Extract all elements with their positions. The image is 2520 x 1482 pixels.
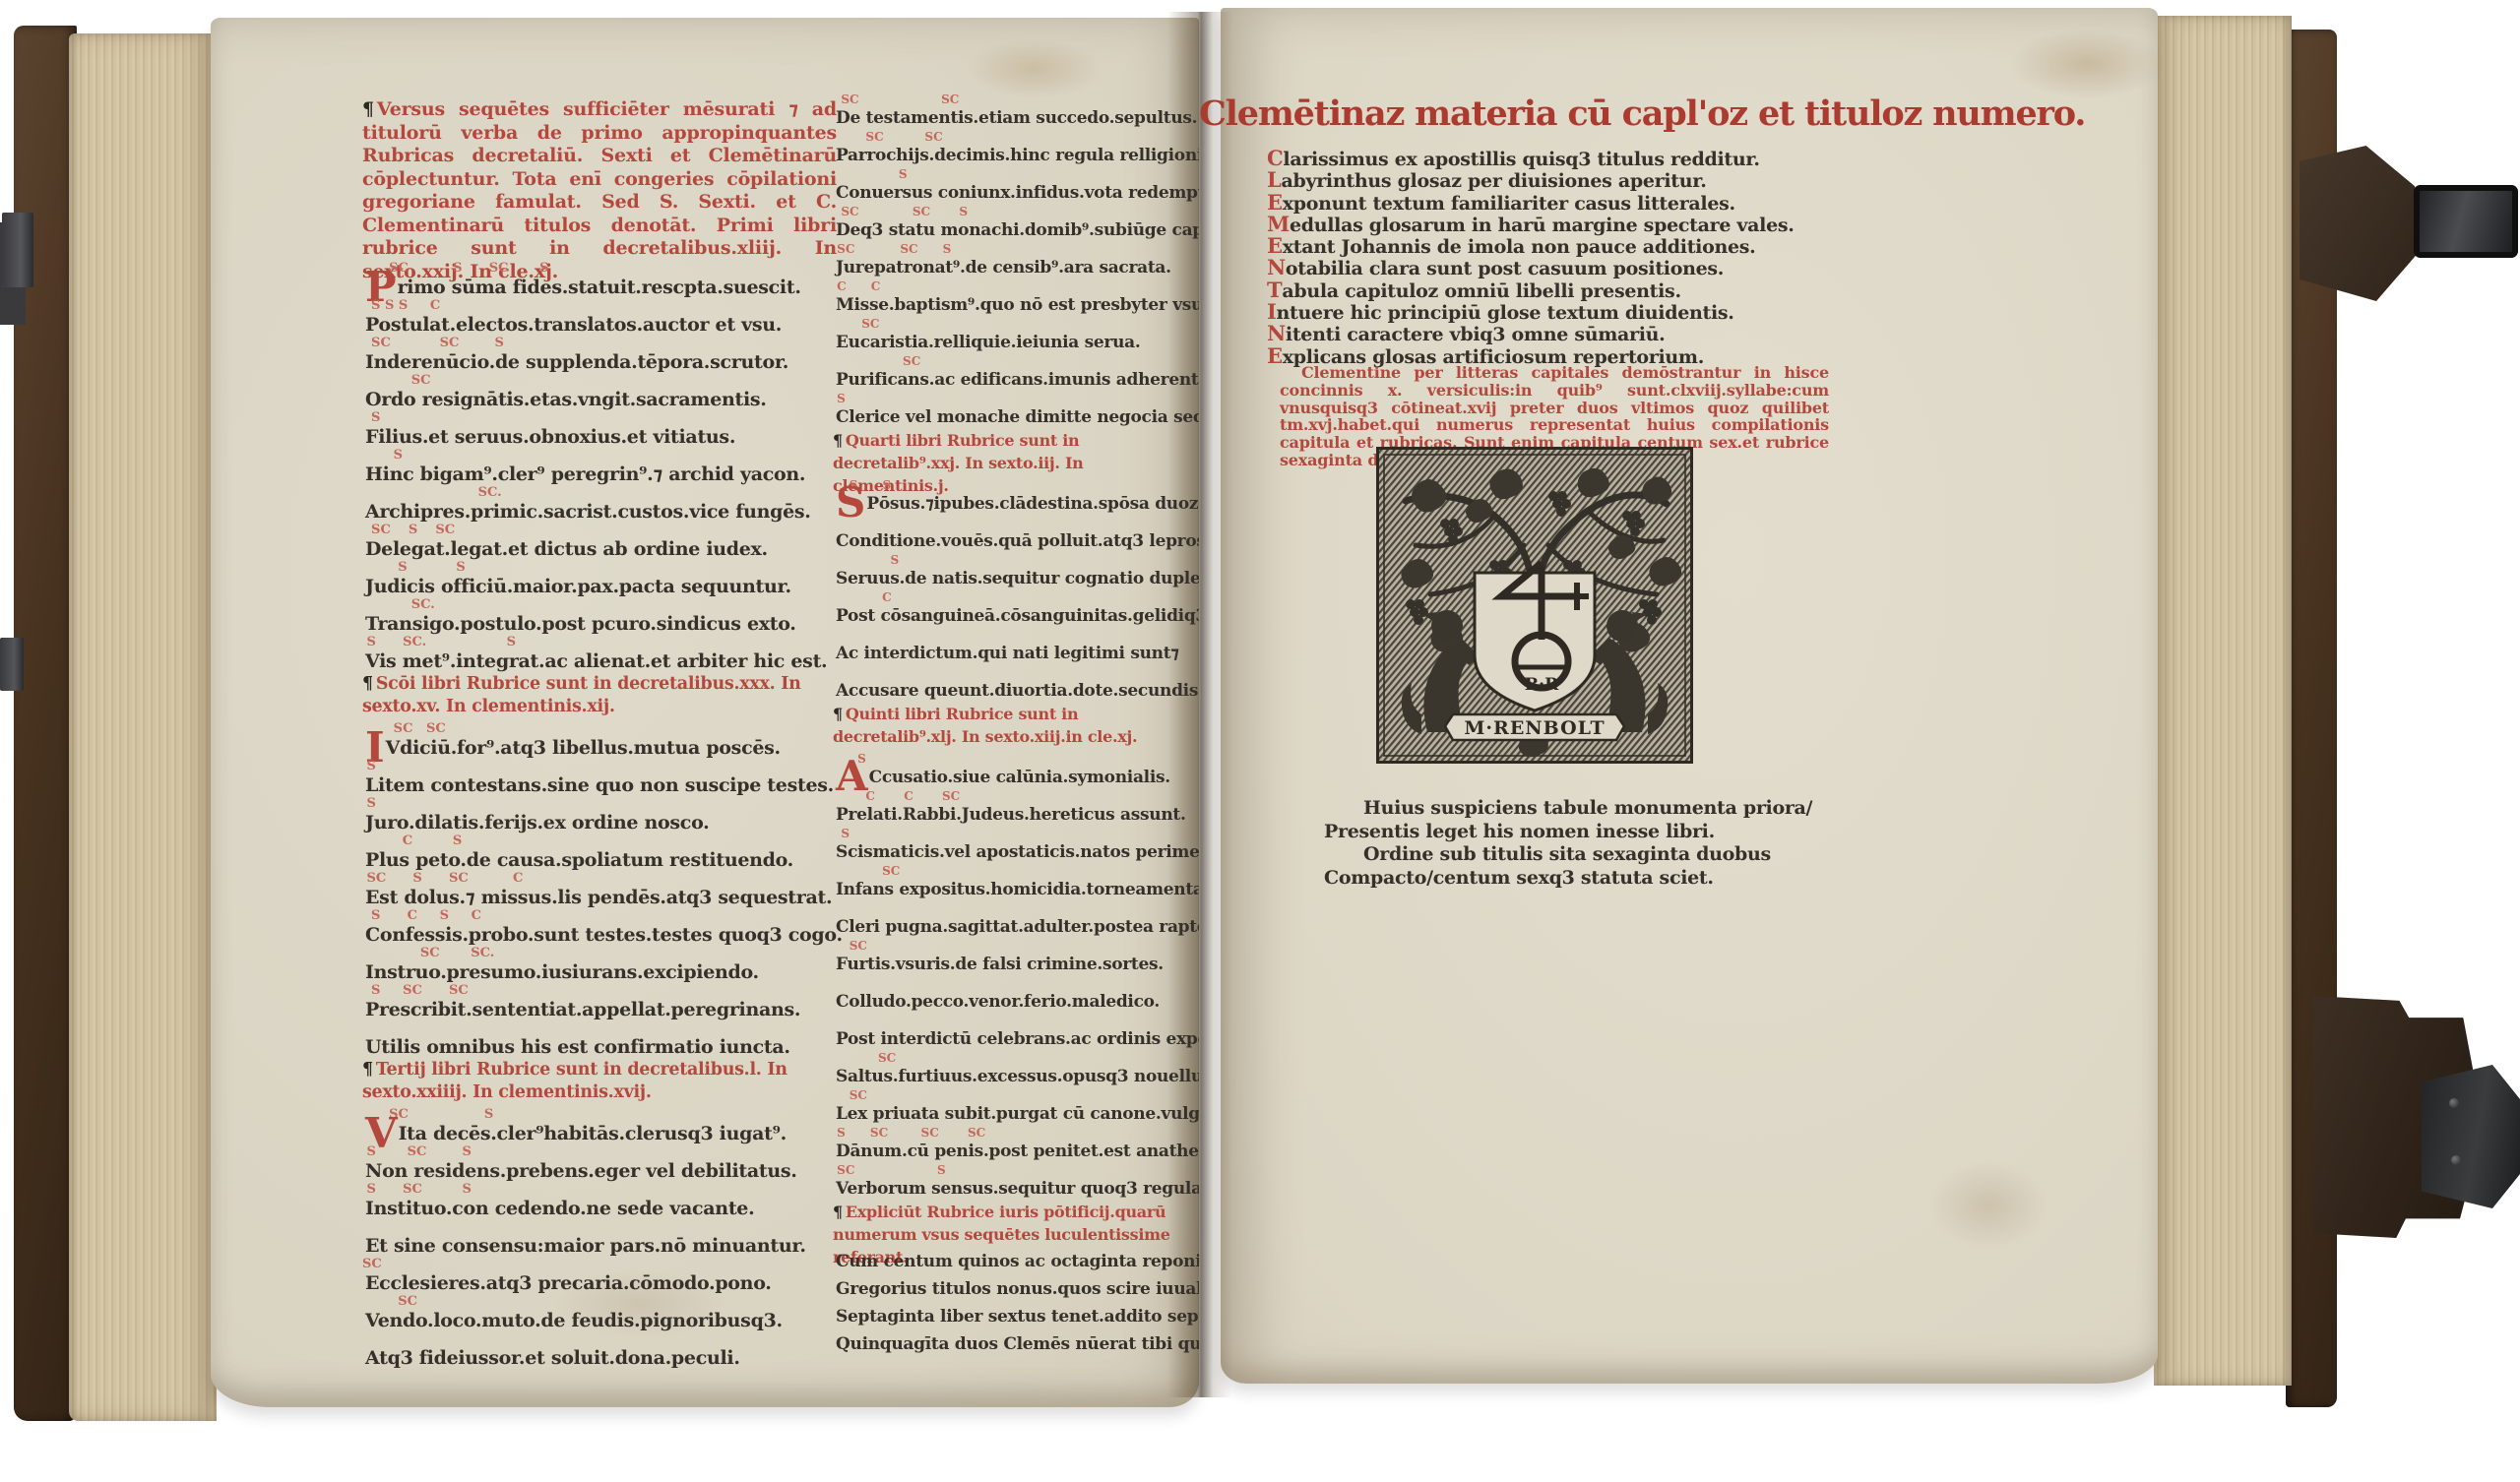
index-entry-line: SC S SC C Est dolus.⁊ missus.lis pendēs.… xyxy=(362,872,854,909)
gloss-sigla-marks: SC SC. xyxy=(362,947,854,960)
entry-text: Lex priuata subit.purgat cū canone.vulgu… xyxy=(836,1104,1199,1124)
gloss-sigla-marks: S S xyxy=(362,561,854,575)
entry-text: Transigo.postulo.post pcuro.sindicus ext… xyxy=(365,613,796,635)
rubricated-initial: I xyxy=(1267,299,1277,324)
gloss-sigla-marks: SC xyxy=(833,317,1199,331)
photograph-of-open-incunabulum: ¶Versus sequētes sufficiēter mēsurati ⁊ … xyxy=(0,0,2520,1482)
gloss-sigla-marks: S xyxy=(362,760,854,773)
gloss-sigla-marks: SC SC S xyxy=(362,337,854,350)
top-clasp-strap xyxy=(2299,146,2427,301)
entry-text: Pōsus.⁊ipubes.clādestina.spōsa duoz xyxy=(866,494,1198,514)
entry-text: Litem contestans.sine quo non suscipe te… xyxy=(365,774,834,796)
gloss-sigla-marks: SC S xyxy=(833,1163,1199,1177)
entry-text: Saltus.furtiuus.excessus.opusq3 nouellum… xyxy=(836,1067,1199,1086)
colophon-verse-line: Ordine sub titulis sita sexaginta duobus xyxy=(1324,843,1836,867)
index-entry-line: Cleri pugna.sagittat.adulter.postea rapt… xyxy=(833,901,1199,939)
entry-text: Juro.dilatis.ferijs.ex ordine nosco. xyxy=(365,812,709,834)
index-entry-line: Ac interdictum.qui nati legitimi sunt⁊ xyxy=(833,628,1199,665)
index-entry-line: SC SC S Deq3 statu monachi.domib⁹.subiūg… xyxy=(833,205,1199,242)
gloss-sigla-marks: SC xyxy=(362,1295,854,1309)
entry-text: Et sine consensu:maior pars.nō minuantur… xyxy=(365,1235,806,1257)
colophon-verse-line: Huius suspiciens tabule monumenta priora… xyxy=(1324,797,1836,821)
index-entry-line: ¶Quinti libri Rubrice sunt in decretalib… xyxy=(833,703,1199,752)
gloss-sigla-marks: S xyxy=(833,752,1199,766)
gloss-sigla-marks: C S xyxy=(362,834,854,848)
device-banner-text: M·RENBOLT xyxy=(1464,717,1605,739)
entry-text: Clerice vel monache dimitte negocia secl… xyxy=(836,407,1199,427)
entry-text: Ecclesieres.atq3 precaria.cōmodo.pono. xyxy=(365,1272,772,1294)
gloss-sigla-marks: S xyxy=(833,553,1199,567)
entry-text: Quinquagīta duos Clemēs nūerat tibi quīt… xyxy=(836,1334,1199,1354)
gloss-sigla-marks: SC SC xyxy=(833,93,1199,106)
gloss-sigla-marks: SC SC xyxy=(833,130,1199,144)
index-entry-line: SC Infans expositus.homicidia.torneament… xyxy=(833,864,1199,901)
index-entry-line: Colludo.pecco.venor.ferio.maledico. xyxy=(833,976,1199,1014)
index-entry-line: S S S C Postulat.electos.translatos.auct… xyxy=(362,299,854,337)
top-clasp-buckle xyxy=(2414,185,2518,258)
gloss-sigla-marks: SC. xyxy=(362,598,854,612)
gloss-sigla-marks: SC xyxy=(833,354,1199,368)
verse-text: larissimus ex apostillis quisq3 titulus … xyxy=(1283,149,1759,170)
index-entry-line: Gregorius titulos nonus.quos scire iuuab… xyxy=(833,1277,1199,1305)
entry-text: Delegat.legat.et dictus ab ordine iudex. xyxy=(365,538,768,560)
gloss-sigla-marks: SC xyxy=(833,939,1199,953)
index-entry-line: SC S Verborum sensus.sequitur quoq3 regu… xyxy=(833,1163,1199,1201)
index-entry-line: Post interdictū celebrans.ac ordinis exp… xyxy=(833,1014,1199,1051)
gloss-sigla-marks: SC xyxy=(362,374,854,388)
gloss-sigla-marks: S xyxy=(833,167,1199,181)
gloss-sigla-marks xyxy=(833,901,1199,915)
index-entry-line: S ACcusatio.siue calūnia.symonialis. xyxy=(833,752,1199,789)
gloss-sigla-marks xyxy=(833,516,1199,529)
entry-text: rimo sūma fides.statuit.rescpta.suescit. xyxy=(398,277,801,298)
rubricated-initial: T xyxy=(1267,278,1282,302)
index-entry-line: S SC SC Prescribit.sententiat.appellat.p… xyxy=(362,984,854,1021)
entry-text: Conditione.vouēs.quā polluit.atq3 lepros… xyxy=(836,531,1199,551)
index-entry-line: S C S C Confessis.probo.sunt testes.test… xyxy=(362,909,854,947)
entry-text: Est dolus.⁊ missus.lis pendēs.atq3 seque… xyxy=(365,887,832,908)
gloss-sigla-marks xyxy=(833,665,1199,679)
gloss-sigla-marks: C C SC xyxy=(833,789,1199,803)
verse-text: abula capituloz omniū libelli presentis. xyxy=(1282,280,1680,302)
verse-text: ntuere hic principiū glose textum diuide… xyxy=(1277,302,1734,324)
entry-text: Post cōsanguineā.cōsanguinitas.gelidiq3. xyxy=(836,606,1199,626)
gloss-sigla-marks: S C S C xyxy=(362,909,854,923)
gloss-sigla-marks: S S S C xyxy=(362,299,854,313)
colophon-verse-line: Presentis leget his nomen inesse libri. xyxy=(1324,821,1836,844)
entry-text: Colludo.pecco.venor.ferio.maledico. xyxy=(836,992,1160,1012)
verse-text: xtant Johannis de imola non pauce additi… xyxy=(1283,236,1756,258)
gloss-sigla-marks: S xyxy=(362,411,854,425)
rubricated-initial: E xyxy=(1267,233,1283,258)
verse-text: itenti caractere vbiq3 omne sūmariū. xyxy=(1286,324,1666,345)
index-entry-line: SC Saltus.furtiuus.excessus.opusq3 nouel… xyxy=(833,1051,1199,1088)
entry-text: Seruus.de natis.sequitur cognatio duplex… xyxy=(836,569,1199,588)
index-entry-line: SC S SC Delegat.legat.et dictus ab ordin… xyxy=(362,524,854,561)
index-entry-line: SC Lex priuata subit.purgat cū canone.vu… xyxy=(833,1088,1199,1126)
index-entry-line: SC Furtis.vsuris.de falsi crimine.sortes… xyxy=(833,939,1199,976)
entry-text: Filius.et seruus.obnoxius.et vitiatus. xyxy=(365,426,735,448)
gloss-sigla-marks xyxy=(833,1014,1199,1027)
entry-text: Vdiciū.for⁹.atq3 libellus.mutua poscēs. xyxy=(386,737,781,759)
index-entry-line: C Post cōsanguineā.cōsanguinitas.gelidiq… xyxy=(833,590,1199,628)
verse-text: abyrinthus glosaz per diuisiones aperitu… xyxy=(1281,170,1706,192)
index-entry-line: C C SC Prelati.Rabbi.Judeus.hereticus as… xyxy=(833,789,1199,827)
index-entry-line: S SC. S Vis met⁹.integrat.ac alienat.et … xyxy=(362,636,854,673)
clasp-rivet xyxy=(2449,1098,2459,1108)
gloss-sigla-marks: S xyxy=(362,449,854,463)
index-entry-line: ¶Expliciūt Rubrice iuris pōtificij.quarū… xyxy=(833,1201,1199,1250)
index-entry-line: S S SPōsus.⁊ipubes.clādestina.spōsa duoz xyxy=(833,478,1199,516)
gloss-sigla-marks: SC SC S xyxy=(833,205,1199,218)
rubricated-initial: C xyxy=(1267,146,1283,170)
gloss-sigla-marks: S xyxy=(833,827,1199,840)
gloss-sigla-marks: SC xyxy=(833,1088,1199,1102)
left-clasp-catch xyxy=(0,638,24,691)
bottom-clasp-metal-plate xyxy=(2422,1065,2520,1208)
gloss-sigla-marks: SC S SC C xyxy=(362,872,854,886)
index-entry-line: SC SC De testamentis.etiam succedo.sepul… xyxy=(833,93,1199,130)
entry-text: De testamentis.etiam succedo.sepultus. xyxy=(836,108,1197,128)
index-entry-line: SC. Transigo.postulo.post pcuro.sindicus… xyxy=(362,598,854,636)
index-entry-line: S Litem contestans.sine quo non suscipe … xyxy=(362,760,854,797)
gloss-sigla-marks: S xyxy=(833,392,1199,405)
index-entry-line: ¶Quarti libri Rubrice sunt in decretalib… xyxy=(833,429,1199,478)
entry-text: Septaginta liber sextus tenet.addito sep… xyxy=(836,1307,1199,1327)
gloss-sigla-marks: S xyxy=(362,797,854,811)
entry-text: Misse.baptism⁹.quo nō est presbyter vsus… xyxy=(836,295,1199,315)
left-page-column-2: SC SC De testamentis.etiam succedo.sepul… xyxy=(833,93,1199,1391)
rubricated-initial: M xyxy=(1267,212,1290,236)
gloss-sigla-marks: S S xyxy=(833,478,1199,492)
index-entry-line: Atq3 fideiussor.et soluit.dona.peculi. xyxy=(362,1332,854,1370)
entry-text: Furtis.vsuris.de falsi crimine.sortes. xyxy=(836,955,1164,974)
acrostic-verse-line: Clarissimus ex apostillis quisq3 titulus… xyxy=(1267,148,1858,169)
gloss-sigla-marks: SC xyxy=(833,1051,1199,1065)
entry-text: Tertij libri Rubrice sunt in decretalibu… xyxy=(362,1060,787,1102)
right-page-title: Clemētinaz materia cū capl'oz et tituloz… xyxy=(1199,94,1947,134)
index-entry-line: S SC S Non residens.prebens.eger vel deb… xyxy=(362,1145,854,1183)
entry-text: Utilis omnibus his est confirmatio iunct… xyxy=(365,1036,790,1058)
verse-text: edullas glosarum in harū margine spectar… xyxy=(1290,215,1795,236)
rubricated-initial: N xyxy=(1267,321,1286,345)
device-orb-initials: B·R xyxy=(1525,675,1559,695)
gloss-sigla-marks: SC S SC S xyxy=(362,262,854,276)
entry-text: Conuersus coniunx.infidus.vota redempta. xyxy=(836,183,1199,203)
gloss-sigla-marks xyxy=(833,976,1199,990)
index-entry-line: S Clerice vel monache dimitte negocia se… xyxy=(833,392,1199,429)
gloss-sigla-marks: C C xyxy=(833,279,1199,293)
entry-text: Gregorius titulos nonus.quos scire iuuab… xyxy=(836,1279,1199,1299)
right-page-block-fore-edge xyxy=(2154,16,2292,1386)
index-entry-line: Septaginta liber sextus tenet.addito sep… xyxy=(833,1305,1199,1332)
index-entry-line: SC Vendo.loco.muto.de feudis.pignoribusq… xyxy=(362,1295,854,1332)
entry-text: Quinti libri Rubrice sunt in decretalib⁹… xyxy=(833,705,1137,746)
intro-rubric-text: Versus sequētes sufficiēter mēsurati ⁊ a… xyxy=(362,98,837,282)
entry-text: Deq3 statu monachi.domib⁹.subiūge capell… xyxy=(836,220,1199,240)
pilcrow-mark: ¶ xyxy=(362,1060,376,1080)
entry-text: Scōi libri Rubrice sunt in decretalibus.… xyxy=(362,674,801,716)
entry-text: Confessis.probo.sunt testes.testes quoq3… xyxy=(365,924,843,946)
index-entry-line: SC SC. Instruo.presumo.iusiurans.excipie… xyxy=(362,947,854,984)
gloss-sigla-marks: S SC S xyxy=(362,1145,854,1159)
gloss-sigla-marks: SC xyxy=(362,1258,854,1271)
index-entry-line: S Filius.et seruus.obnoxius.et vitiatus. xyxy=(362,411,854,449)
colophon-verse-line: Compacto/centum sexq3 statuta sciet. xyxy=(1324,867,1836,891)
gloss-sigla-marks: SC xyxy=(833,864,1199,878)
rubricated-initial: N xyxy=(1267,255,1286,279)
entry-text: Non residens.prebens.eger vel debilitatu… xyxy=(365,1160,797,1182)
index-entry-line: SC SC S Jurepatronat⁹.de censib⁹.ara sac… xyxy=(833,242,1199,279)
index-entry-line: SC SC Parrochijs.decimis.hinc regula rel… xyxy=(833,130,1199,167)
gloss-sigla-marks: C xyxy=(833,590,1199,604)
index-entry-line: SC Eucaristia.relliquie.ieiunia serua. xyxy=(833,317,1199,354)
left-page-column-1: SC S SC S Primo sūma fides.statuit.rescp… xyxy=(362,262,854,1384)
acrostic-verse-line: Intuere hic principiū glose textum diuid… xyxy=(1267,301,1858,323)
pilcrow-mark: ¶ xyxy=(833,431,846,450)
entry-text: Ccusatio.siue calūnia.symonialis. xyxy=(869,768,1170,787)
index-entry-line: Et sine consensu:maior pars.nō minuantur… xyxy=(362,1220,854,1258)
gloss-sigla-marks: SC SC S xyxy=(833,242,1199,256)
index-entry-line: Cum centum quinos ac octaginta reponit xyxy=(833,1250,1199,1277)
gloss-sigla-marks xyxy=(833,628,1199,642)
entry-text: Infans expositus.homicidia.torneamenta. xyxy=(836,880,1199,899)
gloss-sigla-marks xyxy=(362,1220,854,1234)
entry-text: Cleri pugna.sagittat.adulter.postea rapt… xyxy=(836,917,1199,937)
clasp-rivet xyxy=(2451,1155,2461,1165)
verse-text: xponunt textum familiariter casus litter… xyxy=(1283,193,1735,215)
index-entry-line: C C Misse.baptism⁹.quo nō est presbyter … xyxy=(833,279,1199,317)
index-entry-line: SC Purificans.ac edificans.imunis adhere… xyxy=(833,354,1199,392)
entry-text: Purificans.ac edificans.imunis adherent. xyxy=(836,370,1199,390)
entry-text: Ita decēs.cler⁹habitās.clerusq3 iugat⁹. xyxy=(399,1123,787,1144)
entry-text: Eucaristia.relliquie.ieiunia serua. xyxy=(836,333,1140,352)
index-entry-line: SC SC IVdiciū.for⁹.atq3 libellus.mutua p… xyxy=(362,722,854,760)
gloss-sigla-marks xyxy=(362,1021,854,1035)
acrostic-verse-list: Clarissimus ex apostillis quisq3 titulus… xyxy=(1267,148,1858,367)
index-entry-line: S Conuersus coniunx.infidus.vota redempt… xyxy=(833,167,1199,205)
index-entry-line: Quinquagīta duos Clemēs nūerat tibi quīt… xyxy=(833,1332,1199,1360)
entry-text: Atq3 fideiussor.et soluit.dona.peculi. xyxy=(365,1347,740,1369)
index-entry-line: S SC SC SC Dānum.cū penis.post penitet.e… xyxy=(833,1126,1199,1163)
index-entry-line: SC S SC S Primo sūma fides.statuit.rescp… xyxy=(362,262,854,299)
gloss-sigla-marks xyxy=(362,1332,854,1346)
index-entry-line: Conditione.vouēs.quā polluit.atq3 lepros… xyxy=(833,516,1199,553)
entry-text: Ac interdictum.qui nati legitimi sunt⁊ xyxy=(836,644,1179,663)
entry-text: Scismaticis.vel apostaticis.natos perime… xyxy=(836,842,1199,862)
entry-text: Hinc bigam⁹.cler⁹ peregrin⁹.⁊ archid yac… xyxy=(365,463,805,485)
entry-text: Inderenūcio.de supplenda.tēpora.scrutor. xyxy=(365,351,788,373)
index-entry-line: ¶Scōi libri Rubrice sunt in decretalibus… xyxy=(362,673,854,722)
woodcut-graphic: B·R M·RENBOLT xyxy=(1376,447,1693,764)
entry-text: Verborum sensus.sequitur quoq3 regula iu… xyxy=(836,1179,1199,1199)
gloss-sigla-marks: S SC SC xyxy=(362,984,854,998)
rubricated-initial: S xyxy=(836,478,866,526)
entry-text: Postulat.electos.translatos.auctor et vs… xyxy=(365,314,782,336)
acrostic-verse-line: Notabilia clara sunt post casuum positio… xyxy=(1267,257,1858,278)
entry-text: Jurepatronat⁹.de censib⁹.ara sacrata. xyxy=(836,258,1171,278)
index-entry-line: S S Judicis officiū.maior.pax.pacta sequ… xyxy=(362,561,854,598)
rubricated-initial: L xyxy=(1267,167,1281,192)
index-entry-line: Utilis omnibus his est confirmatio iunct… xyxy=(362,1021,854,1059)
shield-merchant-mark: B·R xyxy=(1475,563,1595,710)
entry-text: Post interdictū celebrans.ac ordinis exp… xyxy=(836,1029,1199,1049)
pilcrow-mark: ¶ xyxy=(833,1203,846,1221)
entry-text: Ordo resignātis.etas.vngit.sacramentis. xyxy=(365,389,767,410)
entry-text: Vis met⁹.integrat.ac alienat.et arbiter … xyxy=(365,650,827,672)
index-entry-line: ¶Tertij libri Rubrice sunt in decretalib… xyxy=(362,1059,854,1108)
index-entry-line: S Hinc bigam⁹.cler⁹ peregrin⁹.⁊ archid y… xyxy=(362,449,854,486)
acrostic-verse-line: Medullas glosarum in harū margine specta… xyxy=(1267,214,1858,235)
left-page-intro-rubric: ¶Versus sequētes sufficiēter mēsurati ⁊ … xyxy=(362,98,837,283)
gloss-sigla-marks: SC S xyxy=(362,1108,854,1122)
index-entry-line: C S Plus peto.de causa.spoliatum restitu… xyxy=(362,834,854,872)
colophon-verse: Huius suspiciens tabule monumenta priora… xyxy=(1324,797,1836,890)
index-entry-line: SC Ecclesieres.atq3 precaria.cōmodo.pono… xyxy=(362,1258,854,1295)
pilcrow-mark: ¶ xyxy=(362,674,376,694)
acrostic-verse-line: Labyrinthus glosaz per diuisiones aperit… xyxy=(1267,169,1858,191)
entry-text: Judicis officiū.maior.pax.pacta sequuntu… xyxy=(365,576,791,597)
entry-text: Plus peto.de causa.spoliatum restituendo… xyxy=(365,849,793,871)
index-entry-line: Accusare queunt.diuortia.dote.secundis. xyxy=(833,665,1199,703)
left-page-block-fore-edge xyxy=(69,33,217,1421)
acrostic-verse-line: Tabula capituloz omniū libelli presentis… xyxy=(1267,279,1858,301)
index-entry-line: SC Ordo resignātis.etas.vngit.sacramenti… xyxy=(362,374,854,411)
index-entry-line: SC S VIta decēs.cler⁹habitās.clerusq3 iu… xyxy=(362,1108,854,1145)
printer-device-woodcut: B·R M·RENBOLT xyxy=(1376,447,1693,768)
pilcrow-mark: ¶ xyxy=(833,705,846,723)
entry-text: Dānum.cū penis.post penitet.est anathema… xyxy=(836,1142,1199,1161)
gloss-sigla-marks: S SC SC SC xyxy=(833,1126,1199,1140)
entry-text: Prelati.Rabbi.Judeus.hereticus assunt. xyxy=(836,805,1186,825)
entry-text: Archipres.primic.sacrist.custos.vice fun… xyxy=(365,501,811,523)
gloss-sigla-marks: SC. xyxy=(362,486,854,500)
entry-text: Vendo.loco.muto.de feudis.pignoribusq3. xyxy=(365,1310,783,1331)
index-entry-line: S SC S Instituo.con cedendo.ne sede vaca… xyxy=(362,1183,854,1220)
left-clasp-catch xyxy=(2,213,33,287)
index-entry-line: S Seruus.de natis.sequitur cognatio dupl… xyxy=(833,553,1199,590)
index-entry-line: SC. Archipres.primic.sacrist.custos.vice… xyxy=(362,486,854,524)
entry-text: Cum centum quinos ac octaginta reponit xyxy=(836,1252,1199,1271)
index-entry-line: S Scismaticis.vel apostaticis.natos peri… xyxy=(833,827,1199,864)
entry-text: Accusare queunt.diuortia.dote.secundis. xyxy=(836,681,1199,701)
acrostic-verse-line: Nitenti caractere vbiq3 omne sūmariū. xyxy=(1267,323,1858,344)
gloss-sigla-marks: S SC. S xyxy=(362,636,854,649)
index-entry-line: SC SC S Inderenūcio.de supplenda.tēpora.… xyxy=(362,337,854,374)
rubricated-initial: E xyxy=(1267,190,1283,215)
acrostic-verse-line: Exponunt textum familiariter casus litte… xyxy=(1267,192,1858,214)
gloss-sigla-marks: SC S SC xyxy=(362,524,854,537)
acrostic-verse-line: Extant Johannis de imola non pauce addit… xyxy=(1267,235,1858,257)
entry-text: Instituo.con cedendo.ne sede vacante. xyxy=(365,1198,754,1219)
gloss-sigla-marks: S SC S xyxy=(362,1183,854,1197)
pilcrow-mark: ¶ xyxy=(362,98,377,120)
device-name-banner: M·RENBOLT xyxy=(1445,714,1624,740)
verse-text: otabilia clara sunt post casuum position… xyxy=(1286,258,1724,279)
gloss-sigla-marks: SC SC xyxy=(362,722,854,736)
entry-text: Parrochijs.decimis.hinc regula relligion… xyxy=(836,146,1199,165)
entry-text: Instruo.presumo.iusiurans.excipiendo. xyxy=(365,961,759,983)
entry-text: Prescribit.sententiat.appellat.peregrina… xyxy=(365,999,800,1020)
index-entry-line: S Juro.dilatis.ferijs.ex ordine nosco. xyxy=(362,797,854,834)
